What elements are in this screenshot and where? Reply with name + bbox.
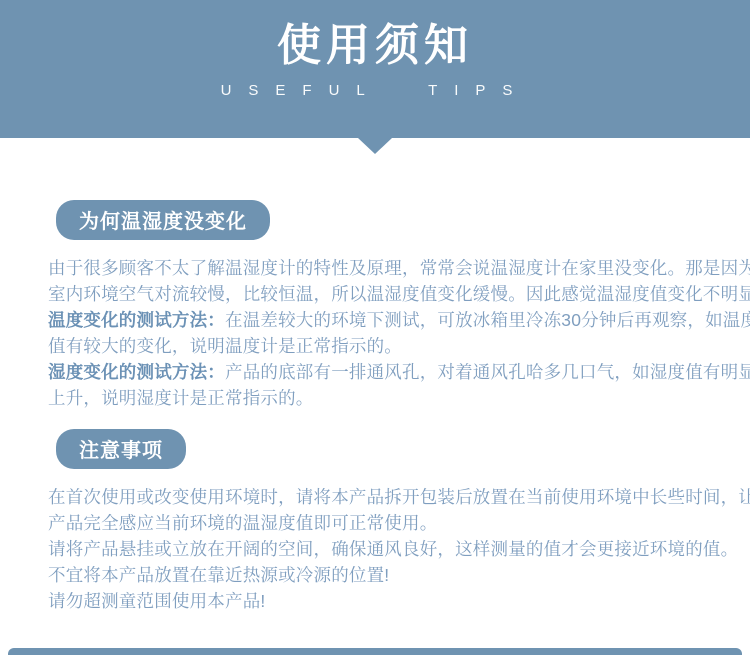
- page-title: 使用须知: [0, 0, 750, 70]
- paragraph-line: 室内环境空气对流较慢，比较恒温，所以温湿度值变化缓慢。因此感觉温湿度值变化不明显: [48, 281, 706, 307]
- paragraph-line: 产品完全感应当前环境的温湿度值即可正常使用。: [48, 510, 706, 536]
- body-text: 在温差较大的环境下测试，可放冰箱里冷冻30分钟后再观察，如温度: [225, 310, 750, 330]
- method-label: 温度变化的测试方法：: [48, 310, 225, 330]
- section-badge-precautions: 注意事项: [56, 429, 186, 469]
- paragraph-line: 温度变化的测试方法：在温差较大的环境下测试，可放冰箱里冷冻30分钟后再观察，如温…: [48, 307, 706, 333]
- method-label: 湿度变化的测试方法：: [48, 362, 225, 382]
- body-text: 值有较大的变化，说明温度计是正常指示的。: [48, 336, 402, 356]
- body-text: 产品的底部有一排通风孔，对着通风孔哈多几口气，如湿度值有明显: [225, 362, 750, 382]
- section-precautions: 注意事项 在首次使用或改变使用环境时，请将本产品拆开包装后放置在当前使用环境中长…: [48, 429, 706, 614]
- badge-wrap: 为何温湿度没变化: [48, 200, 706, 240]
- body-text: 请勿超测童范围使用本产品!: [48, 591, 265, 611]
- paragraph-line: 湿度变化的测试方法：产品的底部有一排通风孔，对着通风孔哈多几口气，如湿度值有明显: [48, 359, 706, 385]
- body-text: 请将产品悬挂或立放在开阔的空间，确保通风良好，这样测量的值才会更接近环境的值。: [48, 539, 738, 559]
- paragraph-line: 值有较大的变化，说明温度计是正常指示的。: [48, 333, 706, 359]
- body-text: 不宜将本产品放置在靠近热源或冷源的位置!: [48, 565, 389, 585]
- next-section-bar-preview: [8, 648, 742, 655]
- banner-pointer-triangle: [358, 138, 392, 154]
- header-banner: 使用须知 USEFUL TIPS: [0, 0, 750, 138]
- paragraph-line: 不宜将本产品放置在靠近热源或冷源的位置!: [48, 562, 706, 588]
- section-badge-why: 为何温湿度没变化: [56, 200, 270, 240]
- body-text: 上升，说明湿度计是正常指示的。: [48, 388, 314, 408]
- paragraph-line: 请勿超测童范围使用本产品!: [48, 588, 706, 614]
- body-text: 由于很多顾客不太了解温湿度计的特性及原理，常常会说温湿度计在家里没变化。那是因为: [48, 258, 750, 278]
- content-area: 为何温湿度没变化 由于很多顾客不太了解温湿度计的特性及原理，常常会说温湿度计在家…: [0, 200, 750, 614]
- section-why-no-change: 为何温湿度没变化 由于很多顾客不太了解温湿度计的特性及原理，常常会说温湿度计在家…: [48, 200, 706, 411]
- section-precautions-paragraph: 在首次使用或改变使用环境时，请将本产品拆开包装后放置在当前使用环境中长些时间，让…: [48, 484, 706, 614]
- body-text: 产品完全感应当前环境的温湿度值即可正常使用。: [48, 513, 437, 533]
- paragraph-line: 请将产品悬挂或立放在开阔的空间，确保通风良好，这样测量的值才会更接近环境的值。: [48, 536, 706, 562]
- paragraph-line: 在首次使用或改变使用环境时，请将本产品拆开包装后放置在当前使用环境中长些时间，让: [48, 484, 706, 510]
- paragraph-line: 上升，说明湿度计是正常指示的。: [48, 385, 706, 411]
- page-subtitle: USEFUL TIPS: [0, 82, 750, 99]
- body-text: 室内环境空气对流较慢，比较恒温，所以温湿度值变化缓慢。因此感觉温湿度值变化不明显: [48, 284, 750, 304]
- body-text: 在首次使用或改变使用环境时，请将本产品拆开包装后放置在当前使用环境中长些时间，让: [48, 487, 750, 507]
- paragraph-line: 由于很多顾客不太了解温湿度计的特性及原理，常常会说温湿度计在家里没变化。那是因为: [48, 255, 706, 281]
- section-why-paragraph: 由于很多顾客不太了解温湿度计的特性及原理，常常会说温湿度计在家里没变化。那是因为…: [48, 255, 706, 411]
- badge-wrap: 注意事项: [48, 429, 706, 469]
